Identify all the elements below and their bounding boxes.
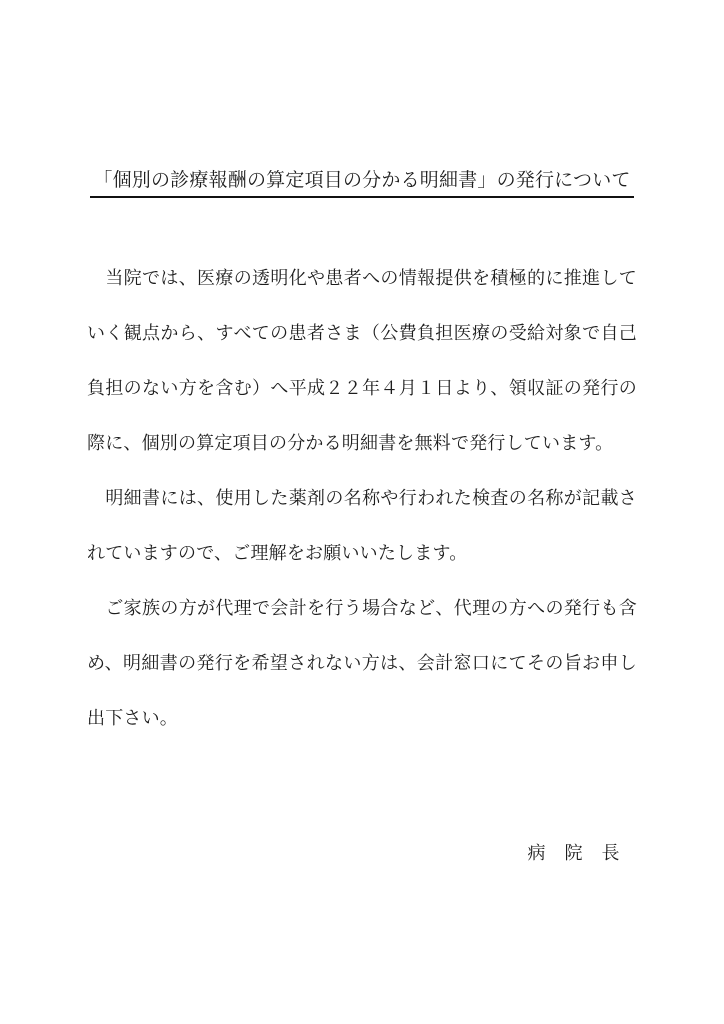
body-line: め、明細書の発行を希望されない方は、会計窓口にてその旨お申し [87, 636, 637, 691]
body-line: 際に、個別の算定項目の分かる明細書を無料で発行しています。 [87, 416, 637, 471]
body-line: いく観点から、すべての患者さま（公費負担医療の受給対象で自己 [87, 306, 637, 361]
body-line: れていますので、ご理解をお願いいたします。 [87, 526, 637, 581]
body-line: 出下さい。 [87, 691, 637, 746]
body-line: 明細書には、使用した薬剤の名称や行われた検査の名称が記載さ [87, 471, 637, 526]
document-page: 「個別の診療報酬の算定項目の分かる明細書」の発行について 当院では、医療の透明化… [0, 0, 724, 1024]
title-area: 「個別の診療報酬の算定項目の分かる明細書」の発行について [0, 0, 724, 198]
body-line: 負担のない方を含む）へ平成２２年４月１日より、領収証の発行の [87, 361, 637, 416]
body-line: ご家族の方が代理で会計を行う場合など、代理の方への発行も含 [87, 581, 637, 636]
signature-line: 病 院 長 [87, 844, 637, 862]
document-title: 「個別の診療報酬の算定項目の分かる明細書」の発行について [90, 171, 633, 198]
body-line: 当院では、医療の透明化や患者への情報提供を積極的に推進して [87, 251, 637, 306]
document-body: 当院では、医療の透明化や患者への情報提供を積極的に推進して いく観点から、すべて… [87, 251, 637, 746]
